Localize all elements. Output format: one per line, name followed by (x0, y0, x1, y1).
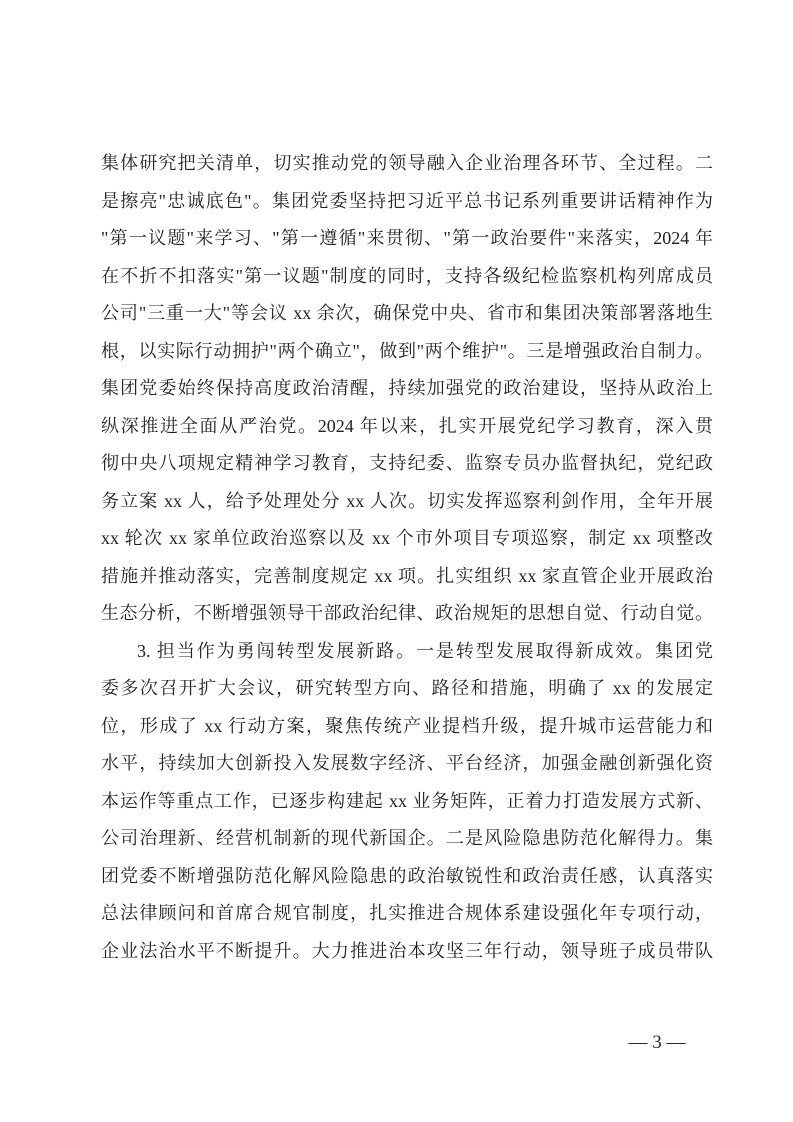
page-number: — 3 — (598, 1031, 716, 1055)
text-line: 本运作等重点工作，已逐步构建起 xx 业务矩阵，正着力打造发展方式新、 (101, 783, 713, 821)
text-line: "第一议题"来学习、"第一遵循"来贯彻、"第一政治要件"来落实，2024 年 (101, 220, 713, 258)
text-line: 企业法治水平不断提升。大力推进治本攻坚三年行动，领导班子成员带队 (101, 933, 713, 971)
text-line: 彻中央八项规定精神学习教育，支持纪委、监察专员办监督执纪，党纪政 (101, 445, 713, 483)
text-line: 团党委不断增强防范化解风险隐患的政治敏锐性和政治责任感，认真落实 (101, 858, 713, 896)
text-line: 位，形成了 xx 行动方案，聚焦传统产业提档升级，提升城市运营能力和 (101, 708, 713, 746)
document-page: 集体研究把关清单，切实推动党的领导融入企业治理各环节、全过程。二是擦亮"忠诚底色… (0, 0, 793, 1122)
text-line: xx 轮次 xx 家单位政治巡察以及 xx 个市外项目专项巡察，制定 xx 项整… (101, 520, 713, 558)
text-line: 公司"三重一大"等会议 xx 余次，确保党中央、省市和集团决策部署落地生 (101, 295, 713, 333)
text-line: 在不折不扣落实"第一议题"制度的同时，支持各级纪检监察机构列席成员 (101, 258, 713, 296)
text-line: 务立案 xx 人，给予处理处分 xx 人次。切实发挥巡察利剑作用，全年开展 (101, 483, 713, 521)
text-line: 委多次召开扩大会议，研究转型方向、路径和措施，明确了 xx 的发展定 (101, 670, 713, 708)
text-line: 措施并推动落实，完善制度规定 xx 项。扎实组织 xx 家直管企业开展政治 (101, 558, 713, 596)
document-body: 集体研究把关清单，切实推动党的领导融入企业治理各环节、全过程。二是擦亮"忠诚底色… (101, 145, 713, 970)
text-line: 纵深推进全面从严治党。2024 年以来，扎实开展党纪学习教育，深入贯 (101, 408, 713, 446)
text-line: 水平，持续加大创新投入发展数字经济、平台经济，加强金融创新强化资 (101, 745, 713, 783)
text-line: 根，以实际行动拥护"两个确立"，做到"两个维护"。三是增强政治自制力。 (101, 333, 713, 371)
text-line: 总法律顾问和首席合规官制度，扎实推进合规体系建设强化年专项行动， (101, 895, 713, 933)
text-line: 生态分析，不断增强领导干部政治纪律、政治规矩的思想自觉、行动自觉。 (101, 595, 713, 633)
text-line: 是擦亮"忠诚底色"。集团党委坚持把习近平总书记系列重要讲话精神作为 (101, 183, 713, 221)
text-line: 公司治理新、经营机制新的现代新国企。二是风险隐患防范化解得力。集 (101, 820, 713, 858)
text-line: 集团党委始终保持高度政治清醒，持续加强党的政治建设，坚持从政治上 (101, 370, 713, 408)
text-line: 3. 担当作为勇闯转型发展新路。一是转型发展取得新成效。集团党 (101, 633, 713, 671)
text-line: 集体研究把关清单，切实推动党的领导融入企业治理各环节、全过程。二 (101, 145, 713, 183)
